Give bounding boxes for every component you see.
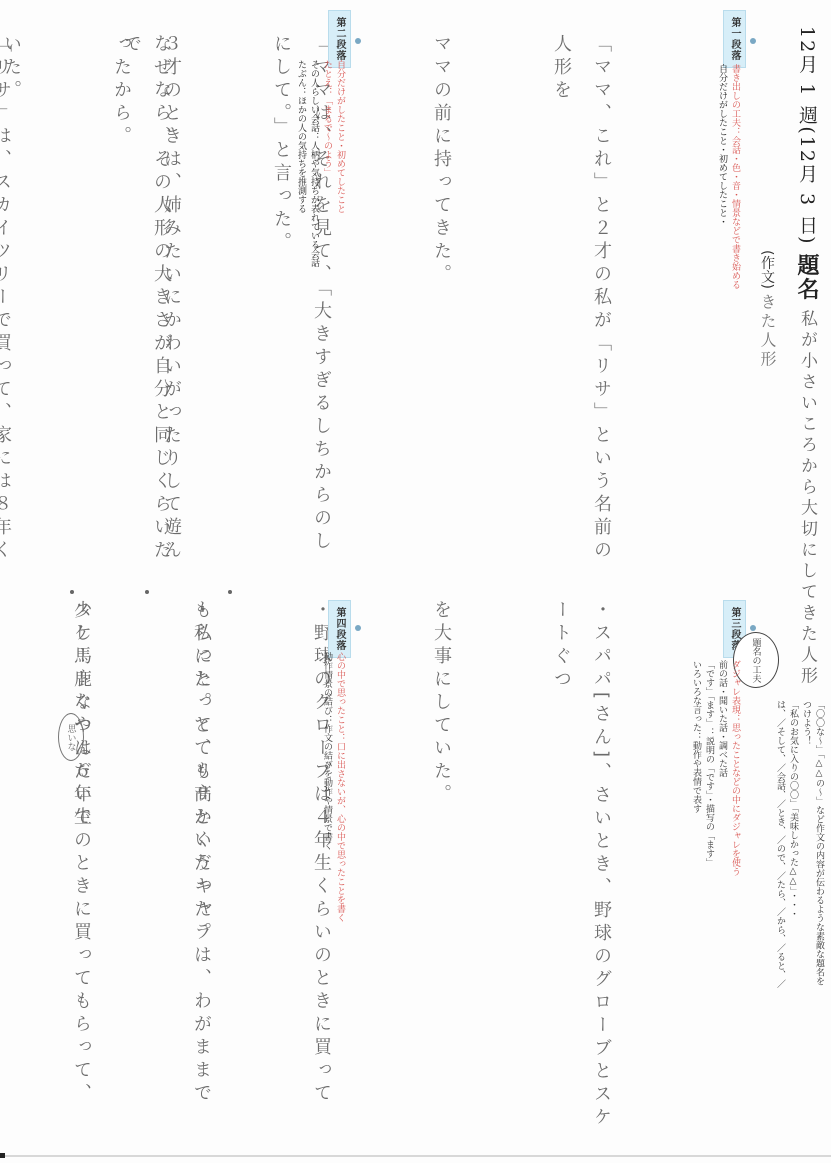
hint-3-5: ダジャレ表現：思ったことなどの中にダジャレを使う bbox=[728, 660, 741, 876]
date: 12月 1 週(12月 3 日) bbox=[796, 26, 818, 246]
hint-1-2: 自分だけがしたこと・初めてしたこと・ bbox=[715, 64, 728, 289]
line: ママの前に持ってきた。 bbox=[421, 34, 461, 574]
line: ・私にとって、リサというキャラは、わがままで bbox=[181, 600, 221, 1145]
line: 「ママ、これ」と２才の私が「リサ」という名前の人形を bbox=[541, 34, 621, 574]
hint-3-2: つけよう！ bbox=[799, 700, 812, 988]
author-label: (作文) bbox=[759, 250, 775, 289]
line: ３才のときは、姉みたいにかわいがったりして遊んで bbox=[111, 34, 191, 574]
hint-4-2: 動作情景の結び：作文の結びを動作や情景で書く bbox=[320, 652, 333, 922]
author-column: (作文) きた人形 bbox=[756, 250, 779, 369]
line: 少し馬鹿なやんだいで bbox=[61, 600, 101, 1145]
hint-2-4: たぶん：ほかの人の気持ちを推測する bbox=[294, 60, 307, 267]
section-label-4: 第四段落 bbox=[328, 600, 351, 658]
hint-3-1: 「〇〇な〜」「△△の〜」など作文の内容が伝わるような素敵な題名を bbox=[812, 700, 825, 988]
section-4-hints: 心の中で思ったこと：口に出さないが、心の中で思ったことを書く 動作情景の結び：作… bbox=[320, 652, 346, 922]
title-column: 12月 1 週(12月 3 日) 題名 私が小さいころから大切にしてきた人形 bbox=[792, 26, 823, 586]
section-label-1: 第一段落 bbox=[723, 10, 746, 68]
section-pin bbox=[355, 38, 361, 44]
hint-2-2: たとえ：「まるで〜のよう」 bbox=[320, 60, 333, 267]
section-pin bbox=[750, 38, 756, 44]
title-label: 題名 bbox=[794, 254, 820, 302]
title-value: 私が小さいころから大切にしてきた人形 bbox=[797, 310, 817, 688]
fold-dot bbox=[70, 590, 74, 594]
section-pin bbox=[750, 625, 756, 631]
hint-3-3: 「私のお気に入りの〇〇」「美味しかった△△」・・・ bbox=[786, 700, 799, 988]
author-value: きた人形 bbox=[758, 293, 777, 369]
page-bottom-edge bbox=[0, 1155, 831, 1157]
hint-4-1: 心の中で思ったこと：口に出さないが、心の中で思ったことを書く bbox=[333, 652, 346, 922]
hint-2-1: 自分だけがしたこと・初めてしたこと bbox=[333, 60, 346, 267]
hint-3-4: は、／そして、／会話、／とき、／ので、／たら、／から、／ると、／ bbox=[773, 700, 786, 988]
hint-2-3: その人らしい会話：人柄や気持ちが表れている会話 bbox=[307, 60, 320, 267]
section-3-hints-top: 「〇〇な〜」「△△の〜」など作文の内容が伝わるような素敵な題名を つけよう！ 「… bbox=[773, 700, 825, 988]
oval-annotation-text: 思いな bbox=[65, 724, 78, 751]
line: を大事にしていた。 bbox=[421, 600, 461, 1145]
section-4-text: ・私にとって、リサというキャラは、わがままで 少し馬鹿なやんだいで ・私は、リサ… bbox=[0, 600, 301, 1145]
section-pin bbox=[355, 625, 361, 631]
line: いた。 bbox=[0, 34, 31, 574]
fold-dot bbox=[145, 590, 149, 594]
corner-mark bbox=[0, 1153, 5, 1158]
section-1-hints: 書き出しの工夫：会話・色・音・情景などで書き始める 自分だけがしたこと・初めてし… bbox=[715, 64, 741, 289]
bubble-text: 題名の工夫 bbox=[750, 638, 763, 683]
hint-1-1: 書き出しの工夫：会話・色・音・情景などで書き始める bbox=[728, 64, 741, 289]
section-2-hints: 自分だけがしたこと・初めてしたこと たとえ：「まるで〜のよう」 その人らしい会話… bbox=[294, 60, 346, 267]
hint-3-7: 「です」「ます」：説明の「です」・描写の「ます」 bbox=[702, 660, 715, 876]
hint-3-6: 前の話・聞いた話・調べた話 bbox=[715, 660, 728, 876]
line: ・スパパ[さん]、さいとき、野球のグローブとスケートぐつ bbox=[541, 600, 621, 1145]
fold-dot bbox=[228, 590, 232, 594]
section-2-text: ３才のときは、姉みたいにかわいがったりして遊んで いた。 ４才ごろからは旅行につ… bbox=[0, 34, 271, 574]
oval-annotation: 思いな bbox=[58, 713, 84, 761]
